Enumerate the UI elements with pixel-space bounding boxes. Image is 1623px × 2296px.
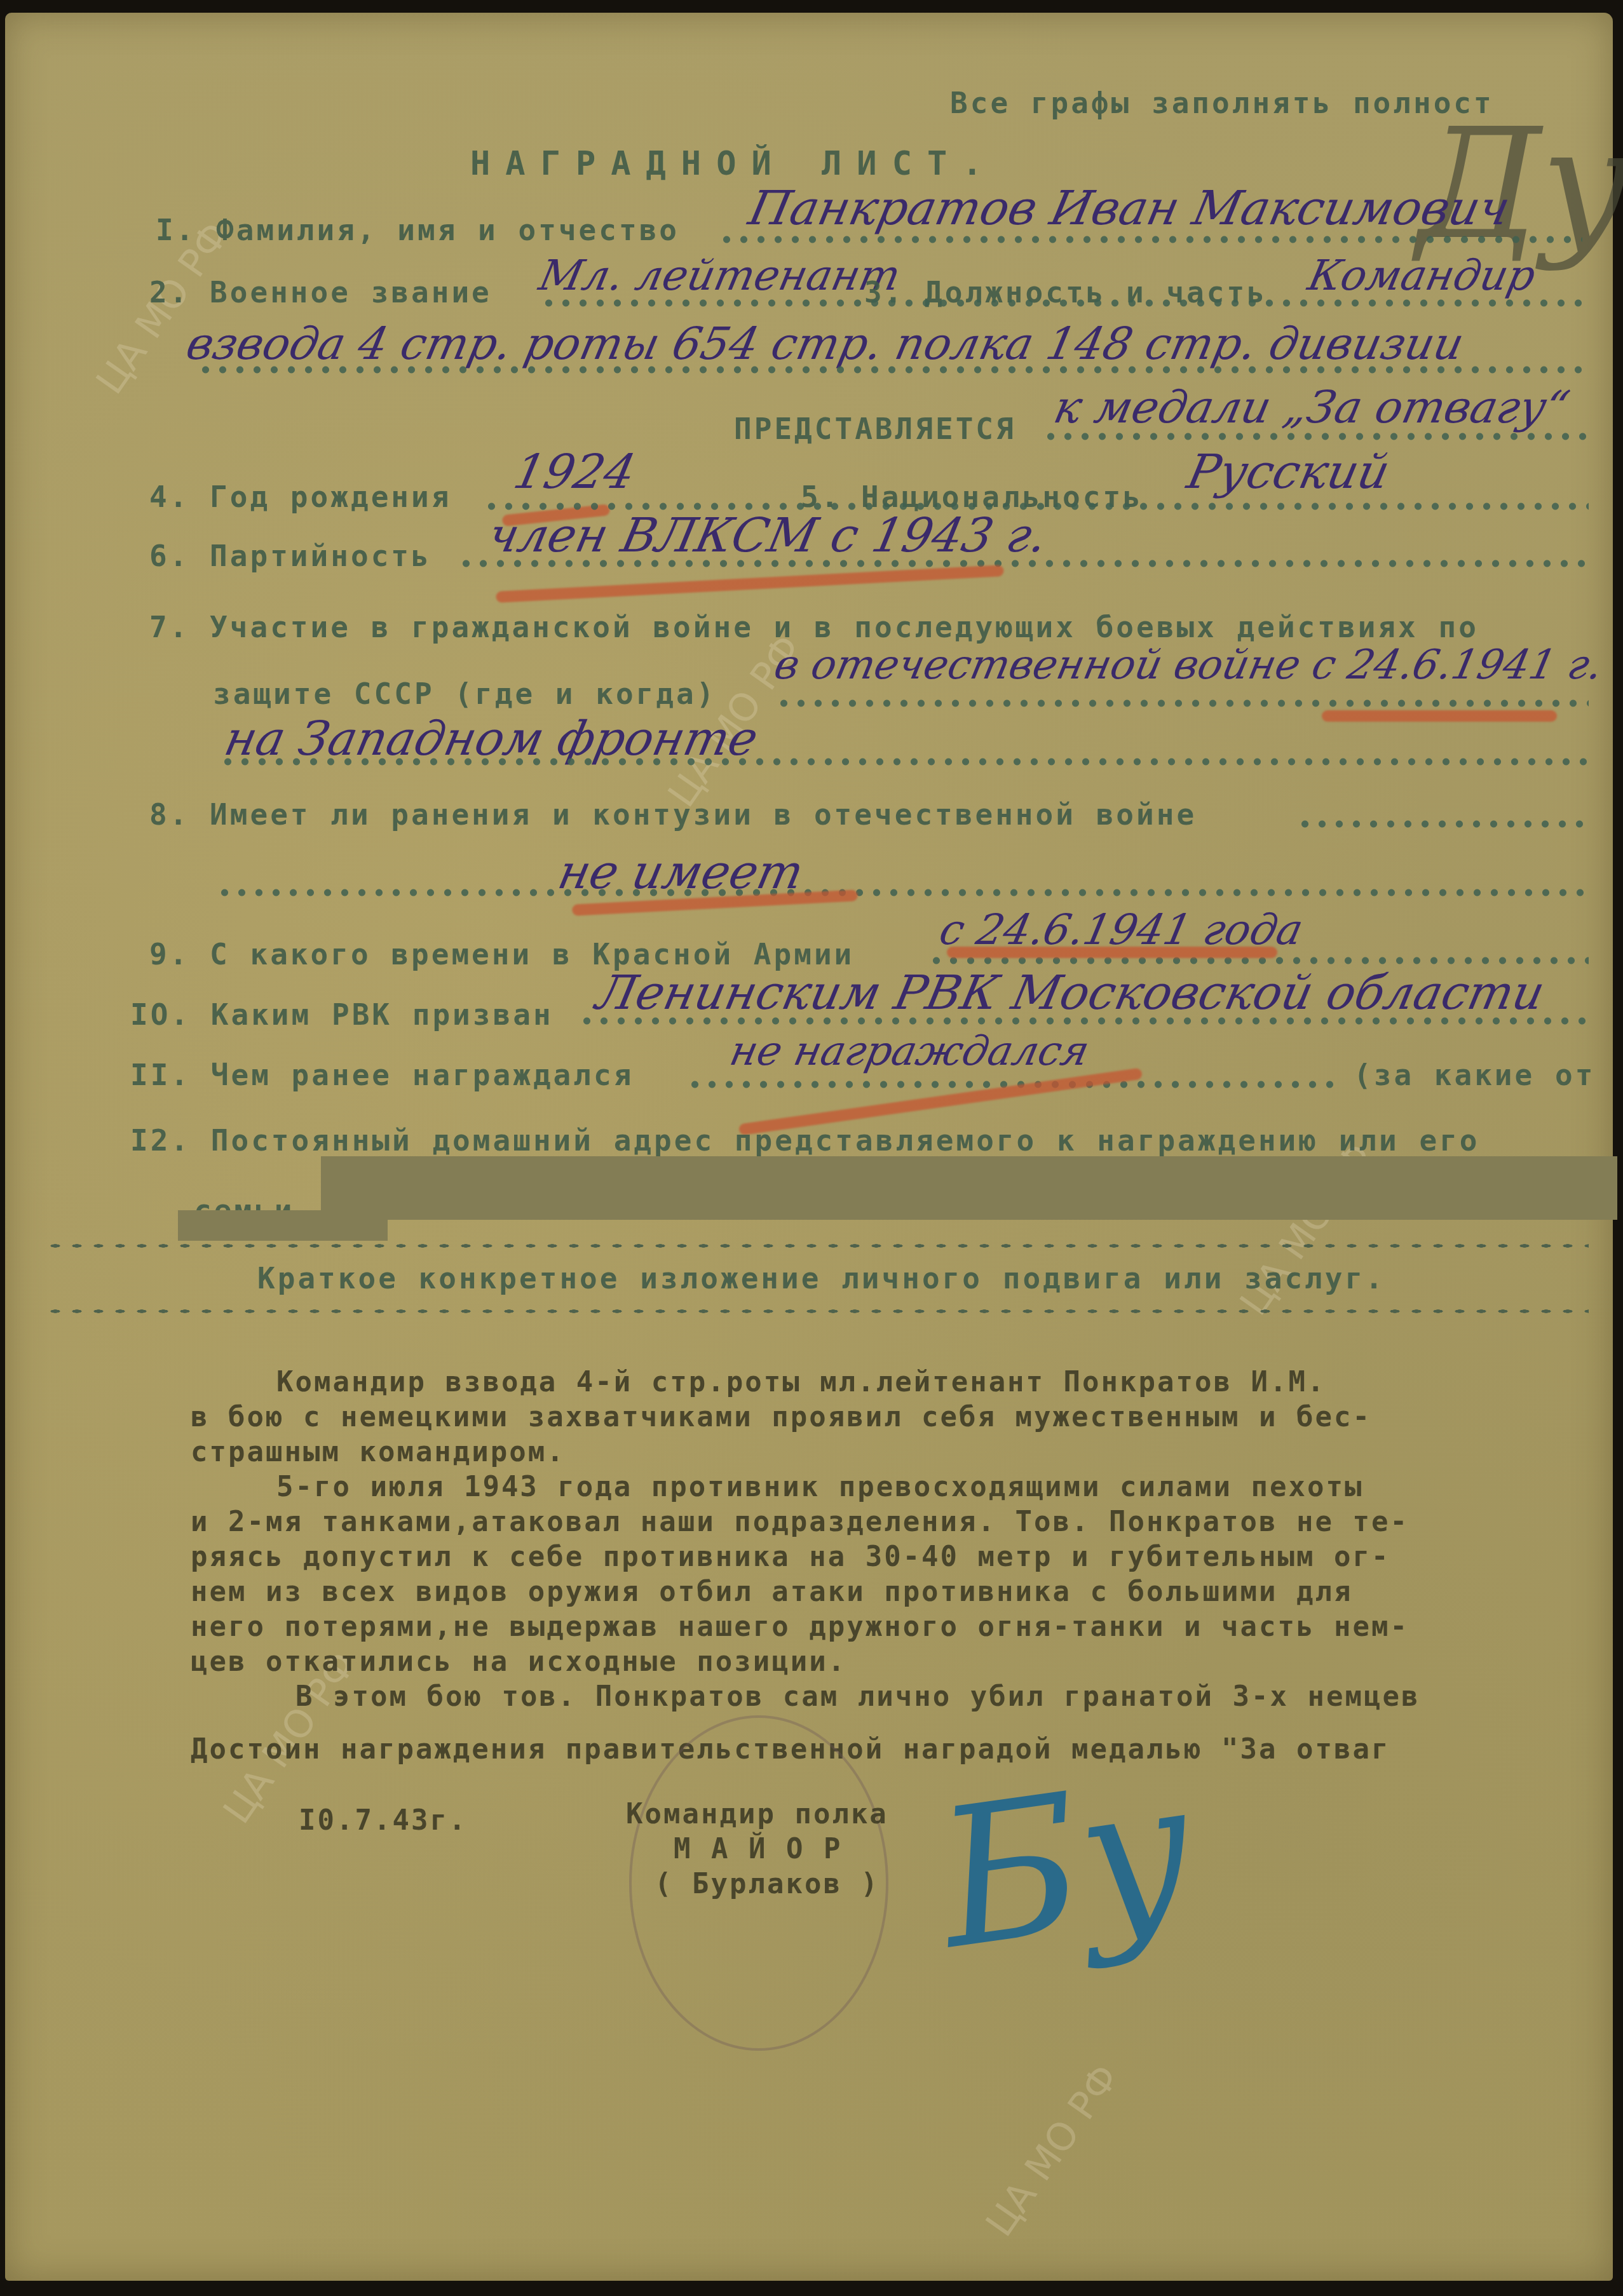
fill-line xyxy=(197,365,1589,374)
narrative-line: ряясь допустил к себе противника на 30-4… xyxy=(191,1541,1390,1573)
field-8-label: 8. Имеет ли ранения и контузии в отечест… xyxy=(149,797,1197,832)
field-5-value: Русский xyxy=(1183,445,1394,499)
narrative-line: В этом бою тов. Понкратов сам лично убил… xyxy=(295,1680,1420,1713)
field-6-label: 6. Партийность xyxy=(149,539,431,573)
field-3-value-line1: Командир xyxy=(1304,251,1540,300)
field-1-label: I. Фамилия, имя и отчество xyxy=(156,213,679,247)
field-2-label: 2. Военное звание xyxy=(149,275,492,309)
narrative-line: в бою с немецкими захватчиками проявил с… xyxy=(191,1401,1371,1433)
section-title: Краткое конкретное изложение личного под… xyxy=(257,1261,1385,1295)
field-10-value: Ленинским РВК Московской области xyxy=(592,966,1549,1020)
narrative-line: Командир взвода 4-й стр.роты мл.лейтенан… xyxy=(276,1366,1326,1398)
field-7-label-line1: 7. Участие в гражданской войне и в после… xyxy=(149,610,1479,644)
redacted-address xyxy=(321,1156,1617,1220)
field-3-value-line2: взвода 4 стр. роты 654 стр. полка 148 ст… xyxy=(182,318,1469,370)
field-11-label: II. Чем ранее награждался xyxy=(130,1058,634,1092)
fill-line xyxy=(216,888,1589,897)
field-2-value: Мл. лейтенант xyxy=(535,251,905,300)
field-11-suffix: (за какие от xyxy=(1354,1058,1595,1092)
fill-line xyxy=(718,235,1582,244)
fill-line xyxy=(1296,820,1589,828)
presented-label: ПРЕДСТАВЛЯЕТСЯ xyxy=(734,412,1016,446)
narrative-line: нем из всех видов оружия отбил атаки про… xyxy=(191,1576,1352,1608)
fill-line xyxy=(458,559,1589,568)
signatory-rank: М А Й О Р xyxy=(674,1833,842,1865)
field-1-value: Панкратов Иван Максимович xyxy=(744,181,1515,236)
field-10-label: IO. Каким РВК призван xyxy=(130,997,553,1032)
document-title: НАГРАДНОЙ ЛИСТ. xyxy=(470,145,998,183)
narrative-line: и 2-мя танками,атаковал наши подразделен… xyxy=(191,1506,1409,1538)
redacted-address xyxy=(178,1210,388,1241)
field-6-value: член ВЛКСМ с 1943 г. xyxy=(484,508,1052,563)
fill-line xyxy=(540,299,1589,307)
fill-line xyxy=(775,699,1589,708)
field-7-value-line1: в отечественной войне с 24.6.1941 г. xyxy=(770,642,1606,689)
red-pencil-underline xyxy=(947,947,1277,958)
field-7-label-line2: защите СССР (где и когда) xyxy=(213,677,716,711)
signatory-name: ( Бурлаков ) xyxy=(655,1868,879,1900)
red-pencil-underline xyxy=(1322,710,1557,722)
narrative-line: него потерями,не выдержав нашего дружног… xyxy=(191,1611,1409,1643)
commander-signature: Бу xyxy=(927,1737,1205,1992)
narrative-line: страшным командиром. xyxy=(191,1436,566,1468)
section-divider xyxy=(44,1242,1589,1250)
narrative-line: 5-го июля 1943 года противник превосходя… xyxy=(276,1471,1363,1503)
field-12-label: I2. Постоянный домашний адрес представля… xyxy=(130,1123,1480,1158)
date: I0.7.43г. xyxy=(299,1804,467,1837)
fill-line xyxy=(219,757,1589,766)
field-11-value: не награждался xyxy=(726,1028,1093,1075)
fill-line xyxy=(578,1016,1589,1025)
signatory-title: Командир полка xyxy=(626,1798,888,1830)
header-note: Все графы заполнять полност xyxy=(950,86,1494,120)
narrative-line: цев откатились на исходные позиции. xyxy=(191,1645,846,1678)
section-divider xyxy=(44,1307,1589,1315)
field-4-label: 4. Год рождения xyxy=(149,480,451,514)
presented-value: к медали „За отвагу“ xyxy=(1049,381,1574,433)
fill-line xyxy=(1042,432,1589,441)
field-4-value: 1924 xyxy=(509,445,641,499)
